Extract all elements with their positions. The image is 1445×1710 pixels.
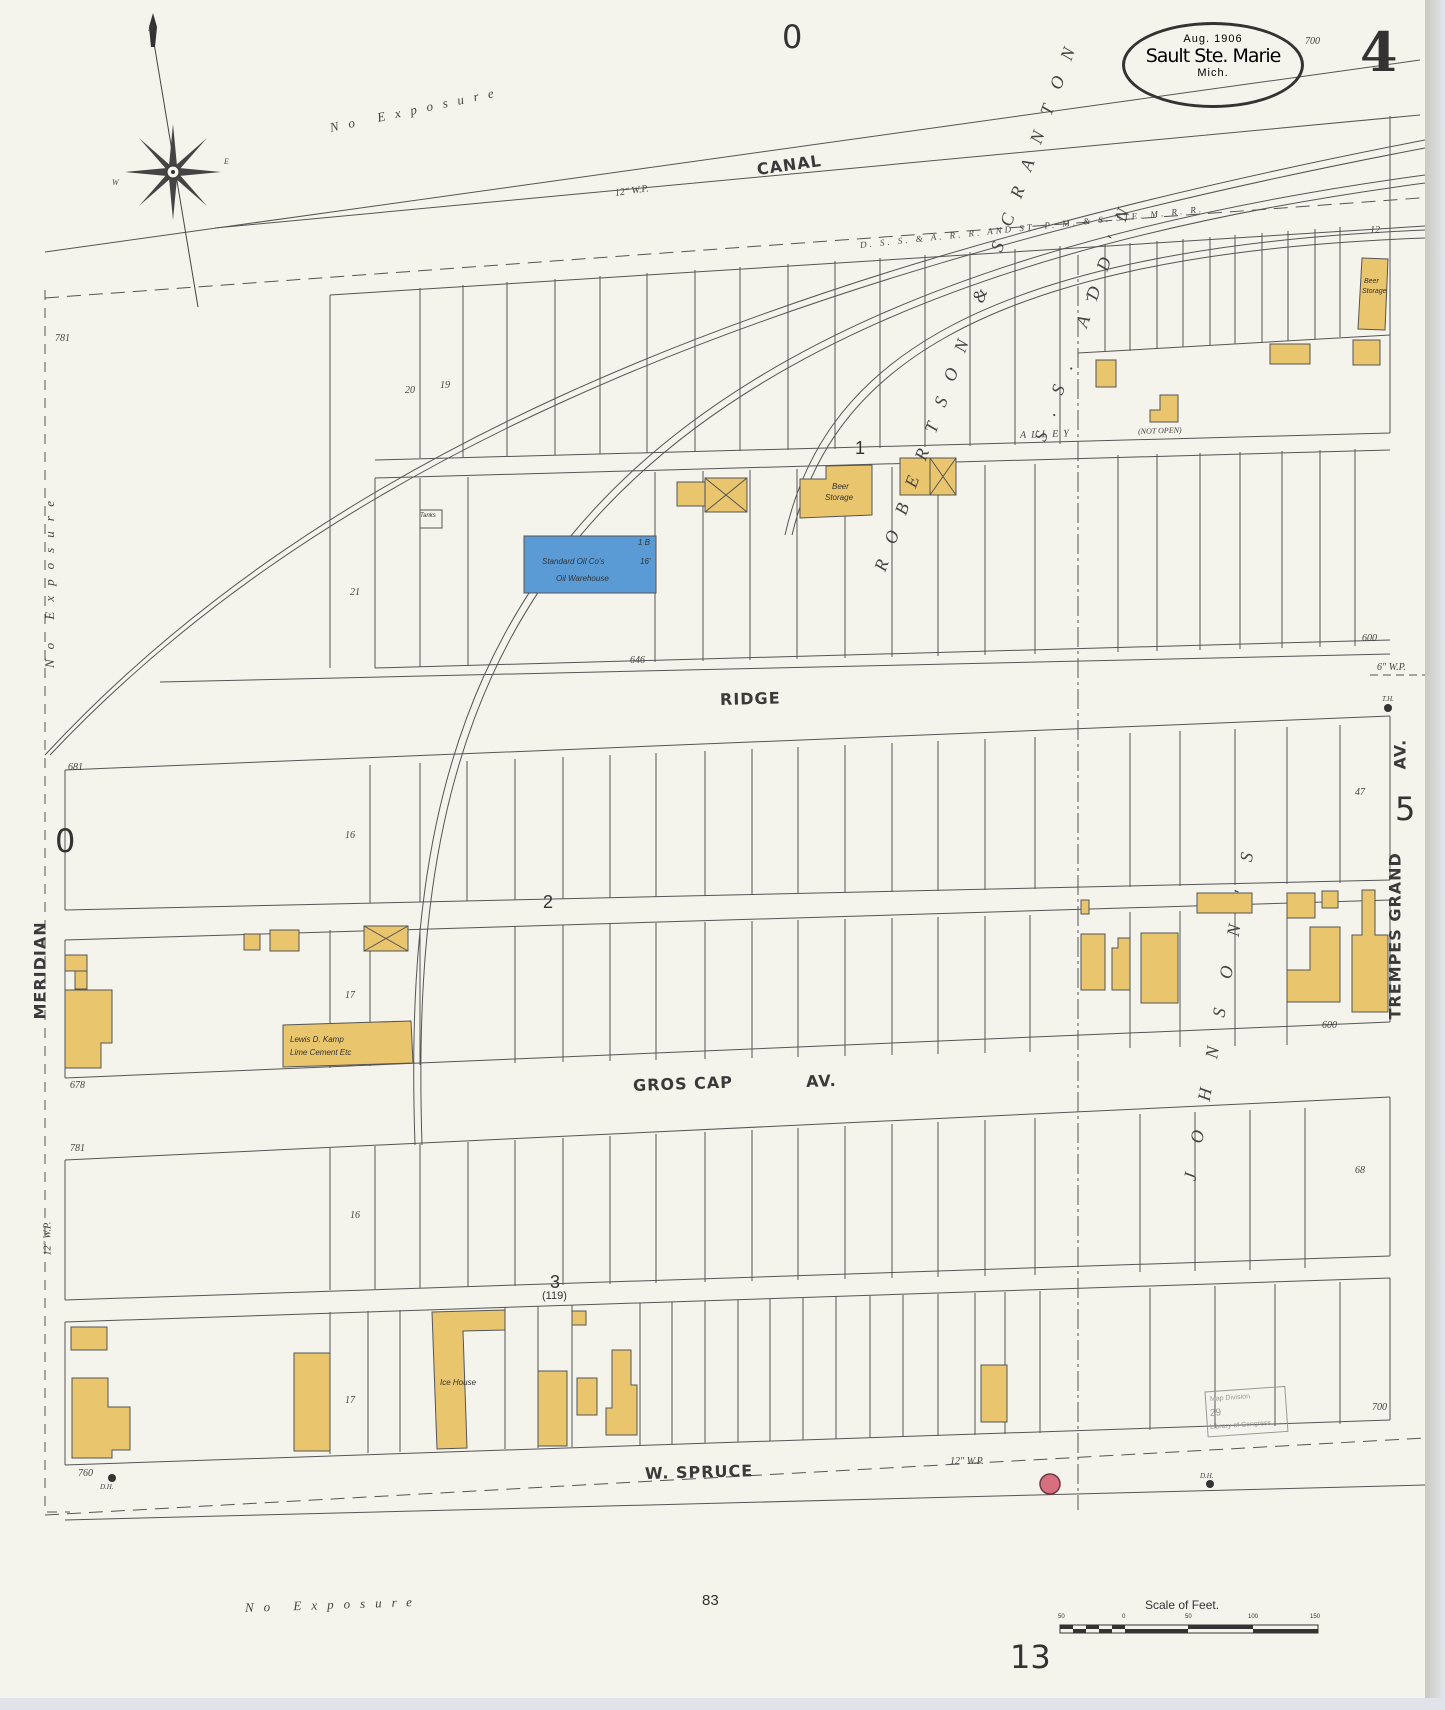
lot-lines-block-1-top (420, 116, 1390, 458)
lot-number: 68 (1355, 1165, 1365, 1176)
railroad-track (414, 175, 1425, 1145)
adjacent-sheet-bottom[interactable]: 13 (1010, 1638, 1051, 1676)
lot-number: 16 (345, 830, 355, 841)
beer-storage-2-line2: Storage (1362, 288, 1387, 295)
address: 781 (70, 1143, 85, 1154)
sheet-number: 4 (1360, 20, 1398, 84)
ice-house-label: Ice House (440, 1378, 476, 1387)
map-drawing (0, 0, 1445, 1710)
lot-number: 20 (405, 385, 415, 396)
street-gros-cap: GROS CAP (633, 1073, 734, 1095)
address: 600 (1362, 633, 1377, 644)
lot-number: 12 (1370, 225, 1380, 236)
lot-number: 21 (350, 587, 360, 598)
compass-w: W (112, 178, 119, 187)
no-exposure-left: No Exposure (42, 491, 58, 668)
alley-note: (NOT OPEN) (1138, 425, 1182, 436)
scale-tick: 100 (1248, 1614, 1258, 1620)
compass-e: E (224, 157, 229, 166)
tanks-label: Tanks (420, 513, 436, 519)
stamp-number: 29 (1210, 1407, 1222, 1419)
standard-oil-height: 16' (640, 557, 650, 566)
adjacent-sheet-left[interactable]: 0 (55, 822, 75, 860)
kamp-building (283, 1021, 413, 1067)
lot-number: 1 (1085, 292, 1090, 303)
water-pipe-spruce: 12" W.P. (950, 1456, 984, 1467)
compass-n: N (148, 24, 153, 33)
railroad-track (45, 140, 1425, 755)
lot-number: 19 (440, 380, 450, 391)
street-ridge: RIDGE (720, 688, 781, 709)
kamp-line2: Lime Cement Etc (290, 1048, 351, 1057)
page-number: 83 (702, 1592, 719, 1609)
address: 646 (630, 655, 645, 666)
adjacent-sheet-top[interactable]: 0 (782, 18, 802, 56)
beer-storage-1-line2: Storage (825, 493, 853, 502)
address-700: 700 (1305, 36, 1320, 47)
street-trempes-grand: TREMPES GRAND (1386, 852, 1405, 1019)
block-1: 1 (855, 438, 865, 459)
cistern-marker (1040, 1474, 1060, 1494)
address: 760 (78, 1468, 93, 1479)
hydrant-label: D.H. (100, 1483, 114, 1491)
beer-storage-1-line1: Beer (832, 482, 849, 491)
lot-number: 16 (350, 1210, 360, 1221)
block-2: 2 (543, 892, 553, 913)
state-name: Mich. (1125, 67, 1301, 79)
street-meridian: MERIDIAN (31, 921, 50, 1019)
compass-rose-icon (125, 13, 221, 307)
title-cartouche: Aug. 1906 Sault Ste. Marie Mich. (1122, 22, 1304, 108)
city-name: Sault Ste. Marie (1125, 45, 1301, 67)
adjacent-sheet-right[interactable]: 5 (1395, 790, 1415, 828)
lot-number: 47 (1355, 787, 1365, 798)
beer-storage-1 (800, 465, 872, 518)
map-date: Aug. 1906 (1125, 33, 1301, 45)
lot-lines-block-3-top (330, 1108, 1305, 1290)
block-3-sub: (119) (542, 1290, 567, 1302)
address: 678 (70, 1080, 85, 1091)
address: 600 (1322, 1020, 1337, 1031)
kamp-line1: Lewis D. Kamp (290, 1035, 344, 1044)
water-pipe-meridian: 12" W.P. (43, 1222, 54, 1256)
standard-oil-floors: 1 B (638, 538, 650, 547)
standard-oil-line2: Oil Warehouse (556, 574, 609, 583)
frame-dwelling (72, 1378, 130, 1458)
scale-title: Scale of Feet. (1145, 1598, 1219, 1612)
lot-number: 17 (345, 1395, 355, 1406)
canal-water-pipe (45, 198, 1420, 298)
scale-tick: 0 (1122, 1614, 1125, 1620)
street-w-spruce: W. SPRUCE (645, 1461, 754, 1483)
address: 681 (68, 762, 83, 773)
scale-tick: 150 (1310, 1614, 1320, 1620)
address: 781 (55, 333, 70, 344)
scale-tick: 50 (1058, 1614, 1065, 1620)
standard-oil-line1: Standard Oil Co's (542, 557, 604, 566)
address: 700 (1372, 1402, 1387, 1413)
beer-storage-2-line1: Beer (1364, 278, 1379, 285)
lot-number: 17 (345, 990, 355, 1001)
street-trempes-av: AV. (1391, 739, 1410, 770)
hydrant-label: D.H. (1200, 1472, 1214, 1480)
scale-bar (1060, 1625, 1318, 1633)
scale-tick: 50 (1185, 1614, 1192, 1620)
frame-dwelling (65, 990, 112, 1068)
street-gros-cap-av: AV. (806, 1071, 837, 1091)
tank-label: T.H. (1382, 695, 1394, 703)
water-pipe-trempes: 6" W.P. (1377, 662, 1406, 673)
